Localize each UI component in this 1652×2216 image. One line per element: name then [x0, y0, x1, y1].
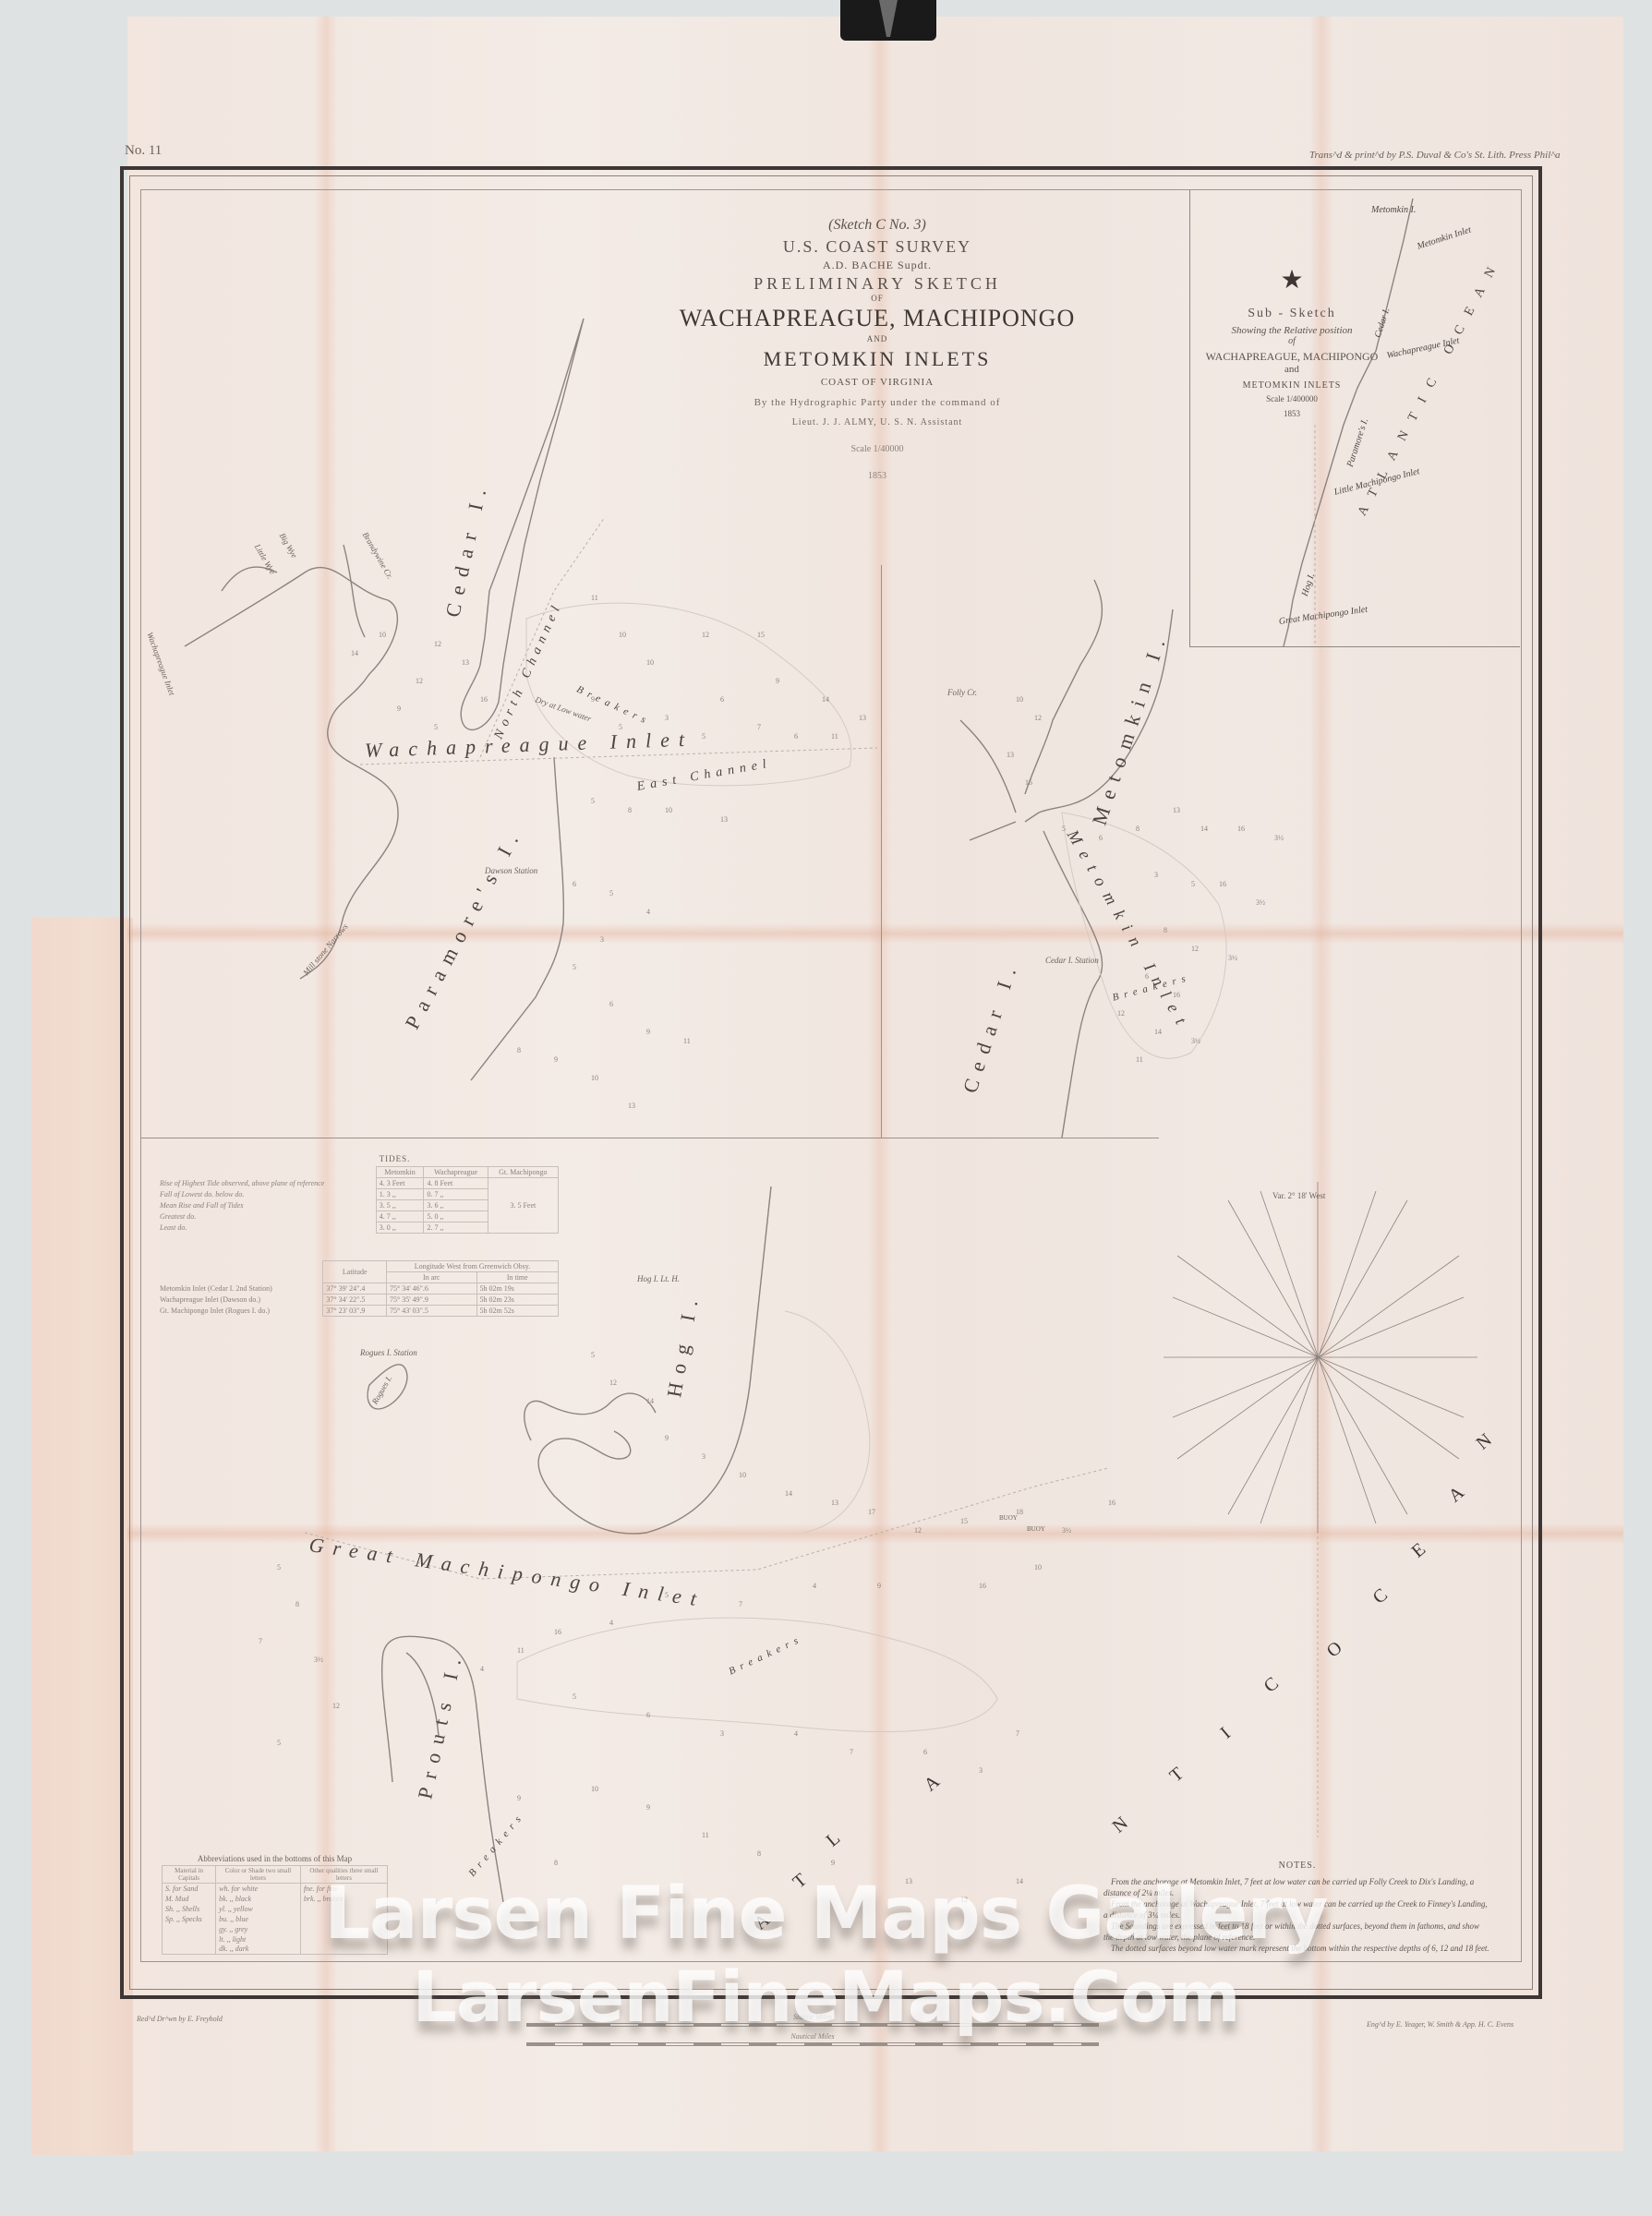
- svg-text:9: 9: [554, 1055, 558, 1064]
- tides-col-machipongo: Gt. Machipongo: [488, 1167, 558, 1178]
- svg-text:6: 6: [1099, 834, 1103, 842]
- svg-text:6: 6: [646, 1711, 650, 1719]
- hog-island-marsh: [525, 1393, 656, 1440]
- svg-text:6: 6: [720, 695, 724, 704]
- title-of: OF: [665, 294, 1090, 303]
- svg-text:12: 12: [1117, 1009, 1125, 1018]
- svg-text:4: 4: [794, 1729, 798, 1738]
- svg-text:4: 4: [646, 908, 650, 916]
- svg-text:13: 13: [1007, 751, 1014, 759]
- sketch-id: (Sketch C No. 3): [665, 217, 1090, 234]
- svg-text:8: 8: [554, 1859, 558, 1867]
- svg-text:16: 16: [480, 695, 488, 704]
- svg-text:16: 16: [554, 1628, 561, 1636]
- svg-text:5: 5: [702, 732, 705, 741]
- wachapreague-mainland: [185, 567, 398, 979]
- svg-text:13: 13: [628, 1102, 635, 1110]
- svg-text:5: 5: [591, 797, 595, 805]
- svg-text:5: 5: [277, 1739, 281, 1747]
- soundings: 12131216 101495 11101012 159146 3595 761…: [259, 594, 1284, 1904]
- col-longitude: Longitude West from Greenwich Obsy.: [387, 1261, 559, 1272]
- svg-text:9: 9: [665, 1434, 669, 1442]
- svg-text:16: 16: [1237, 825, 1245, 833]
- svg-text:10: 10: [591, 1785, 598, 1793]
- heading: PRELIMINARY SKETCH: [665, 274, 1090, 294]
- svg-text:3: 3: [720, 1729, 724, 1738]
- svg-text:4: 4: [813, 1582, 816, 1590]
- svg-text:14: 14: [822, 695, 829, 704]
- svg-text:9: 9: [776, 677, 779, 685]
- svg-text:5: 5: [573, 1692, 576, 1701]
- svg-text:9: 9: [831, 1859, 835, 1867]
- svg-text:10: 10: [619, 631, 626, 639]
- svg-text:7: 7: [259, 1637, 262, 1645]
- svg-text:11: 11: [702, 1831, 709, 1839]
- svg-text:3: 3: [600, 935, 604, 944]
- svg-text:14: 14: [785, 1489, 792, 1498]
- map-year: 1853: [665, 471, 1090, 481]
- svg-text:14: 14: [1200, 825, 1208, 833]
- svg-text:5: 5: [434, 723, 438, 731]
- svg-text:5: 5: [1191, 880, 1195, 888]
- sub-sketch-inlets: METOMKIN INLETS: [1190, 380, 1393, 391]
- folly-creek: [960, 720, 1016, 840]
- label-hog-island-lighthouse: Hog I. Lt. H.: [637, 1274, 680, 1283]
- sub-sketch-of: of: [1190, 336, 1393, 346]
- hog-island-coast: [538, 1186, 771, 1534]
- label-buoy-1: BUOY: [999, 1514, 1018, 1522]
- abbreviations-title: Abbreviations used in the bottoms of thi…: [162, 1854, 388, 1863]
- svg-text:8: 8: [757, 1849, 761, 1858]
- svg-text:14: 14: [1154, 1028, 1162, 1036]
- svg-text:14: 14: [351, 649, 358, 657]
- svg-text:4: 4: [609, 1619, 613, 1627]
- svg-text:7: 7: [739, 1600, 742, 1608]
- svg-text:4: 4: [480, 1665, 484, 1673]
- svg-text:17: 17: [868, 1508, 875, 1516]
- label-cedar-station: Cedar I. Station: [1045, 956, 1099, 965]
- svg-text:15: 15: [757, 631, 765, 639]
- party-credit: By the Hydrographic Party under the comm…: [637, 397, 1117, 408]
- sub-sketch-and: and: [1190, 364, 1393, 375]
- svg-text:16: 16: [979, 1582, 986, 1590]
- map-scale: Scale 1/40000: [665, 444, 1090, 454]
- svg-text:7: 7: [1016, 1729, 1019, 1738]
- svg-text:10: 10: [1016, 695, 1023, 704]
- sub-sketch-inset: ★ Sub - Sketch Showing the Relative posi…: [1189, 190, 1520, 647]
- table-row: Rise of Highest Tide observed, above pla…: [157, 1178, 559, 1189]
- agency-name: U.S. COAST SURVEY: [665, 237, 1090, 257]
- svg-text:12: 12: [914, 1526, 922, 1535]
- compass-variation: Var. 2° 18' West: [1272, 1191, 1325, 1200]
- label-dawson-station: Dawson Station: [485, 866, 537, 875]
- svg-text:7: 7: [757, 723, 761, 731]
- metomkin-mainland: [1025, 580, 1102, 794]
- svg-text:12: 12: [332, 1702, 340, 1710]
- svg-text:12: 12: [1034, 714, 1042, 722]
- svg-text:5: 5: [609, 889, 613, 897]
- svg-text:12: 12: [434, 640, 441, 648]
- map-title-line1: WACHAPREAGUE, MACHIPONGO: [637, 305, 1117, 332]
- sub-sketch-showing: Showing the Relative position: [1190, 325, 1393, 336]
- svg-text:16: 16: [1108, 1499, 1115, 1507]
- tides-table: TIDES. Metomkin Wachapreague Gt. Machipo…: [157, 1154, 559, 1234]
- svg-text:8: 8: [517, 1046, 521, 1054]
- svg-text:3½: 3½: [1274, 834, 1284, 842]
- svg-text:11: 11: [517, 1646, 525, 1655]
- svg-text:10: 10: [1034, 1563, 1042, 1572]
- svg-text:9: 9: [646, 1803, 650, 1812]
- svg-text:13: 13: [859, 714, 866, 722]
- label-buoy-2: BUOY: [1027, 1525, 1045, 1533]
- svg-text:15: 15: [960, 1517, 968, 1525]
- shoal-contour-hog: [785, 1311, 870, 1533]
- svg-text:14: 14: [646, 1397, 654, 1405]
- tides-col-metomkin: Metomkin: [376, 1167, 424, 1178]
- svg-text:16: 16: [1025, 778, 1032, 787]
- svg-text:3½: 3½: [1256, 898, 1265, 907]
- svg-text:5: 5: [1062, 825, 1066, 833]
- compass-rose: [1164, 1182, 1477, 1533]
- table-row: Gt. Machipongo Inlet (Rogues I. do.) 37°…: [157, 1306, 559, 1317]
- svg-text:5: 5: [591, 1351, 595, 1359]
- svg-text:10: 10: [591, 1074, 598, 1082]
- tides-title: TIDES.: [231, 1154, 559, 1163]
- positions-table: Latitude Longitude West from Greenwich O…: [157, 1260, 559, 1317]
- shoal-contour-machipongo: [517, 1618, 997, 1731]
- svg-text:10: 10: [379, 631, 386, 639]
- tides-col-wachapreague: Wachapreague: [424, 1167, 488, 1178]
- svg-text:10: 10: [665, 806, 672, 814]
- col-in-time: In time: [476, 1272, 558, 1283]
- svg-text:3½: 3½: [1062, 1526, 1071, 1535]
- svg-text:3: 3: [1154, 871, 1158, 879]
- svg-text:12: 12: [609, 1379, 617, 1387]
- svg-text:8: 8: [295, 1600, 299, 1608]
- superintendent: A.D. BACHE Supdt.: [665, 259, 1090, 272]
- svg-text:13: 13: [831, 1499, 838, 1507]
- label-folly-creek: Folly Cr.: [947, 688, 977, 697]
- notes-title: NOTES.: [1103, 1861, 1491, 1871]
- svg-text:8: 8: [1136, 825, 1140, 833]
- title-and: AND: [665, 334, 1090, 343]
- svg-text:8: 8: [1164, 926, 1167, 934]
- paramores-island-coast: [471, 757, 563, 1080]
- sub-sketch-title-block: ★ Sub - Sketch Showing the Relative posi…: [1190, 264, 1393, 418]
- title-cartouche: (Sketch C No. 3) U.S. COAST SURVEY A.D. …: [665, 217, 1090, 481]
- svg-text:3: 3: [979, 1766, 983, 1775]
- svg-text:11: 11: [683, 1037, 691, 1045]
- commander-credit: Lieut. J. J. ALMY, U. S. N. Assistant: [665, 417, 1090, 428]
- svg-text:11: 11: [831, 732, 838, 741]
- table-row: Wachapreague Inlet (Dawson do.) 37° 34' …: [157, 1295, 559, 1306]
- watermark-line2: LarsenFineMaps.Com: [0, 1956, 1652, 2038]
- svg-text:3½: 3½: [1228, 954, 1237, 962]
- svg-text:3: 3: [702, 1452, 705, 1461]
- svg-text:6: 6: [573, 880, 576, 888]
- svg-text:3½: 3½: [314, 1656, 323, 1664]
- svg-text:10: 10: [646, 658, 654, 667]
- scale-nautical-bar: [526, 2042, 1099, 2046]
- col-in-arc: In arc: [387, 1272, 477, 1283]
- svg-text:13: 13: [462, 658, 469, 667]
- svg-text:13: 13: [720, 815, 728, 824]
- creek-brandywine: [344, 545, 365, 637]
- svg-text:11: 11: [591, 594, 598, 602]
- map-title-line2: METOMKIN INLETS: [665, 347, 1090, 371]
- svg-text:9: 9: [397, 705, 401, 713]
- svg-text:3: 3: [665, 714, 669, 722]
- svg-text:5: 5: [573, 963, 576, 971]
- tides-machipongo-mean: 3. 5 Feet: [488, 1178, 558, 1234]
- svg-text:7: 7: [850, 1748, 853, 1756]
- svg-text:6: 6: [794, 732, 798, 741]
- svg-text:5: 5: [277, 1563, 281, 1572]
- col-latitude: Latitude: [323, 1261, 387, 1283]
- svg-text:12: 12: [702, 631, 709, 639]
- svg-text:13: 13: [1173, 806, 1180, 814]
- svg-text:6: 6: [609, 1000, 613, 1008]
- svg-text:10: 10: [739, 1471, 746, 1479]
- sub-sketch-title: Sub - Sketch: [1190, 307, 1393, 321]
- svg-text:9: 9: [646, 1028, 650, 1036]
- table-row: Metomkin Inlet (Cedar I. 2nd Station) 37…: [157, 1283, 559, 1295]
- sub-sketch-scale: Scale 1/400000: [1190, 394, 1393, 403]
- watermark-line1: Larsen Fine Maps Gallery: [0, 1873, 1652, 1956]
- svg-text:9: 9: [517, 1794, 521, 1802]
- ss-metomkin-island: Metomkin I.: [1371, 205, 1416, 215]
- svg-text:9: 9: [877, 1582, 881, 1590]
- svg-text:12: 12: [416, 677, 423, 685]
- svg-text:8: 8: [628, 806, 632, 814]
- svg-text:16: 16: [1219, 880, 1226, 888]
- sub-sketch-names: WACHAPREAGUE, MACHIPONGO: [1190, 350, 1393, 364]
- svg-text:6: 6: [923, 1748, 927, 1756]
- svg-text:3½: 3½: [1191, 1037, 1200, 1045]
- svg-text:12: 12: [1191, 945, 1199, 953]
- svg-text:11: 11: [1136, 1055, 1143, 1064]
- region-label: COAST OF VIRGINIA: [665, 377, 1090, 388]
- label-rogues-station: Rogues I. Station: [360, 1348, 417, 1357]
- star-icon: ★: [1190, 264, 1393, 295]
